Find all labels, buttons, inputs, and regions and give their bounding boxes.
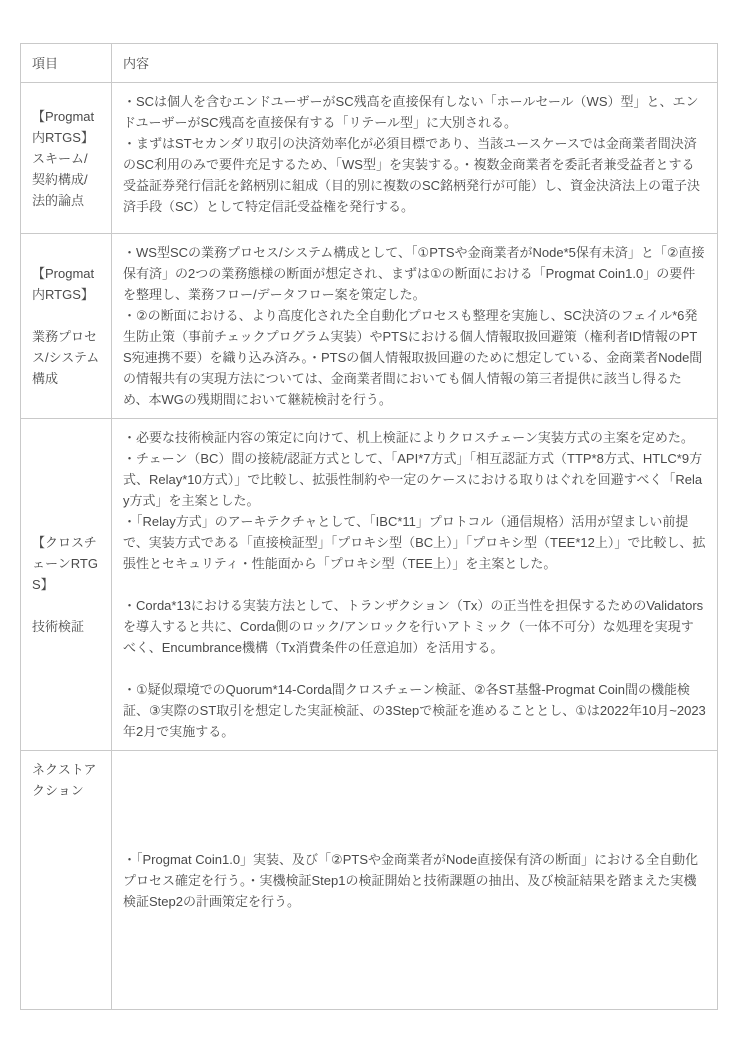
item-line: 【Progmat内RTGS】	[32, 106, 100, 148]
row-item-cell: ネクストアクション	[21, 751, 112, 1010]
blank-line	[123, 574, 706, 595]
content-paragraph: ・Corda*13における実装方法として、トランザクション（Tx）の正当性を担保…	[123, 595, 706, 658]
item-line: 【クロスチェーンRTGS】	[32, 532, 100, 595]
document-page: 項目 内容 【Progmat内RTGS】スキーム/契約構成/法的論点・SCは個人…	[0, 0, 740, 1050]
item-line: 業務プロセス/システム構成	[32, 326, 100, 389]
header-cell-item: 項目	[21, 44, 112, 83]
row-content-cell: ・必要な技術検証内容の策定に向けて、机上検証によりクロスチェーン実装方式の主案を…	[112, 419, 718, 751]
row-content-cell: ・SCは個人を含むエンドユーザーがSC残高を直接保有しない「ホールセール（WS）…	[112, 83, 718, 234]
row-item-cell: 【Progmat内RTGS】スキーム/契約構成/法的論点	[21, 83, 112, 234]
content-paragraph: ・「Progmat Coin1.0」実装、及び「②PTSや金商業者がNode直接…	[123, 849, 706, 912]
content-paragraph: ・WS型SCの業務プロセス/システム構成として、「①PTSや金商業者がNode*…	[123, 242, 706, 305]
content-paragraph: ・チェーン（BC）間の接続/認証方式として、「API*7方式」「相互認証方式（T…	[123, 448, 706, 511]
row-content-cell: ・WS型SCの業務プロセス/システム構成として、「①PTSや金商業者がNode*…	[112, 234, 718, 419]
summary-table: 項目 内容 【Progmat内RTGS】スキーム/契約構成/法的論点・SCは個人…	[20, 43, 718, 1010]
blank-line	[123, 658, 706, 679]
content-paragraph: ・まずはSTセカンダリ取引の決済効率化が必須目標であり、当該ユースケースでは金商…	[123, 133, 706, 217]
content-paragraph: ・「Relay方式」のアーキテクチャとして、「IBC*11」プロトコル（通信規格…	[123, 511, 706, 574]
table-row: ネクストアクション・「Progmat Coin1.0」実装、及び「②PTSや金商…	[21, 751, 718, 1010]
content-paragraph: ・SCは個人を含むエンドユーザーがSC残高を直接保有しない「ホールセール（WS）…	[123, 91, 706, 133]
item-line: 技術検証	[32, 616, 100, 637]
row-item-cell: 【Progmat内RTGS】業務プロセス/システム構成	[21, 234, 112, 419]
content-paragraph: ・必要な技術検証内容の策定に向けて、机上検証によりクロスチェーン実装方式の主案を…	[123, 427, 706, 448]
content-paragraph: ・①疑似環境でのQuorum*14-Corda間クロスチェーン検証、②各ST基盤…	[123, 679, 706, 742]
table-header-row: 項目 内容	[21, 44, 718, 83]
header-cell-content: 内容	[112, 44, 718, 83]
item-line: スキーム/契約構成/法的論点	[32, 148, 100, 211]
table-body: 【Progmat内RTGS】スキーム/契約構成/法的論点・SCは個人を含むエンド…	[21, 83, 718, 1010]
content-paragraph: ・②の断面における、より高度化された全自動化プロセスも整理を実施し、SC決済のフ…	[123, 305, 706, 410]
table-row: 【Progmat内RTGS】業務プロセス/システム構成・WS型SCの業務プロセス…	[21, 234, 718, 419]
item-line: 【Progmat内RTGS】	[32, 263, 100, 305]
row-content-cell: ・「Progmat Coin1.0」実装、及び「②PTSや金商業者がNode直接…	[112, 751, 718, 1010]
table-row: 【Progmat内RTGS】スキーム/契約構成/法的論点・SCは個人を含むエンド…	[21, 83, 718, 234]
table-row: 【クロスチェーンRTGS】技術検証・必要な技術検証内容の策定に向けて、机上検証に…	[21, 419, 718, 751]
row-item-cell: 【クロスチェーンRTGS】技術検証	[21, 419, 112, 751]
blank-line	[32, 305, 100, 326]
item-line: ネクストアクション	[32, 759, 100, 801]
blank-line	[32, 595, 100, 616]
